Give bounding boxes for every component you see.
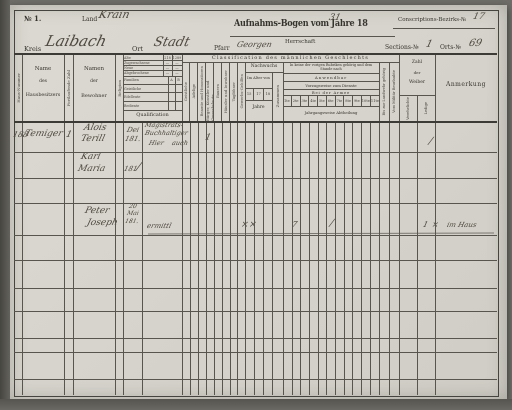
- age-cell: 17: [254, 88, 263, 100]
- rubrik-footer: Jahrgangsweise Abtheilung: [283, 110, 379, 115]
- rubrik-vorzug: Vorzugsweise zum Dienste: [283, 83, 379, 88]
- grid-hline: [14, 53, 497, 55]
- classification-title: Classification des männlichen Geschlecht…: [182, 55, 399, 61]
- year-class-cell: 11te: [371, 95, 379, 106]
- grid-vline: [206, 121, 207, 395]
- land-value-handwritten: Krain: [97, 8, 131, 21]
- handwriting-mark: ermittl: [146, 222, 172, 230]
- year-class-cell: 10te: [362, 95, 371, 106]
- nachwuchs-ages: 151718: [245, 88, 272, 100]
- grid-vline: [190, 121, 191, 395]
- grid-hline: [283, 81, 379, 82]
- grid-vline: [352, 121, 353, 395]
- grid-vline: [326, 121, 327, 395]
- grid-vline: [335, 121, 336, 395]
- pfarr-value-handwritten: Georgen: [236, 40, 273, 49]
- col-inhab-line1: Namen: [73, 66, 115, 72]
- col-religion: Religion: [115, 55, 123, 121]
- kreis-value-handwritten: Laibach: [44, 32, 109, 50]
- handwriting-mark: auch: [171, 139, 189, 147]
- classification-column-label: Geistliche: [182, 62, 190, 121]
- grid-vline: [318, 121, 319, 395]
- handwriting-mark: Peter: [84, 206, 111, 216]
- grid-vline: [168, 76, 169, 110]
- age-cell: 18: [264, 88, 272, 100]
- grid-hline: [14, 311, 497, 312]
- col-haus-nummer: Haus-Nummer: [15, 55, 22, 121]
- handwriting-mark: Joseph: [86, 218, 119, 228]
- sections-label: Sections-№: [385, 44, 419, 51]
- handwriting-mark: 20: [128, 203, 137, 210]
- grid-vline: [399, 53, 400, 395]
- title-underline: [230, 36, 395, 37]
- col-inhab-line3: Bewohner: [73, 93, 115, 99]
- classification-column-label: Taglöhner: [230, 62, 238, 121]
- grid-hline: [123, 110, 182, 111]
- grid-vline: [230, 121, 231, 395]
- grid-hline: [14, 338, 497, 339]
- grid-vline: [123, 53, 124, 395]
- pfarr-label: Pfarr: [214, 45, 230, 52]
- qual-box-row: Bediente: [123, 102, 182, 111]
- qualification-label: Qualification: [123, 112, 182, 118]
- year-class-cell: 9te: [353, 95, 362, 106]
- handwriting-mark: Mai: [126, 210, 139, 217]
- grid-vline: [417, 95, 418, 395]
- kreis-label: Kreis: [24, 45, 41, 53]
- grid-hline: [14, 379, 497, 380]
- form-title: Aufnahms-Bogen vom Jahre 18: [234, 18, 368, 29]
- grid-hline: [14, 121, 497, 123]
- year-class-cell: 5te: [318, 95, 327, 106]
- col-beurlaubt: Vom Militär Beurlaubte: [389, 62, 399, 121]
- grid-hline: [283, 73, 379, 74]
- conscription-district-label: Conscriptions-Bezirks-№: [398, 17, 466, 23]
- col-verehelichte: Verehelichte: [399, 95, 417, 121]
- orts-label: Orts-№: [440, 44, 461, 51]
- grid-hline: [245, 72, 283, 73]
- grid-hline: [14, 352, 497, 353]
- grid-hline: [123, 101, 182, 102]
- grid-vline: [182, 53, 183, 395]
- handwriting-mark: Hier: [148, 139, 165, 147]
- classification-column-label: Bürger, Künstler und Gewerbsleute: [206, 62, 214, 121]
- grid-hline: [14, 288, 497, 289]
- grid-vline: [254, 121, 255, 395]
- handwriting-mark: im Haus: [446, 221, 477, 229]
- classification-columns: GeistlicheAdeligeBeamte und Honoratioren…: [182, 62, 245, 121]
- grid-vline: [309, 121, 310, 395]
- herrschaft-label: Herrschaft: [285, 39, 315, 45]
- anmerkung-label: Anmerkung: [435, 81, 497, 88]
- grid-hline: [14, 235, 497, 236]
- handwriting-mark: Temiger: [24, 129, 64, 139]
- land-label: Land: [82, 16, 97, 23]
- scanned-census-form: № 1. Land Krain Aufnahms-Bogen vom Jahre…: [0, 0, 512, 410]
- handwriting-mark: Maria: [77, 164, 107, 174]
- grid-vline: [292, 121, 293, 395]
- grid-vline: [245, 62, 246, 395]
- year-class-cell: 3te: [301, 95, 310, 106]
- nachwuchs-age-label: Im Alter von: [245, 76, 272, 80]
- weiber-title-1: Zahl: [399, 60, 435, 65]
- classification-column-label: Beamte und Honoratioren: [198, 62, 206, 121]
- col-landwehr: Bis zur Landwehr gehörig: [379, 62, 389, 121]
- col-owner-line3: Hausbesitzers: [22, 93, 64, 98]
- grid-vline: [64, 53, 65, 395]
- weiber-title-3: Weiber: [399, 80, 435, 85]
- grid-hline: [283, 95, 379, 96]
- grid-vline: [142, 121, 143, 395]
- classification-column-label: Bauern: [214, 62, 222, 121]
- grid-vline: [379, 62, 380, 395]
- grid-vline: [370, 121, 371, 395]
- ort-label: Ort: [132, 45, 143, 53]
- grid-vline: [283, 62, 284, 395]
- grid-hline: [123, 60, 182, 61]
- grid-vline: [389, 62, 390, 395]
- col-ledige: Ledige: [417, 95, 435, 121]
- grid-vline: [198, 121, 199, 395]
- year-class-cell: 7te: [336, 95, 345, 106]
- grid-vline: [214, 121, 215, 395]
- handwriting-mark: Karl: [80, 152, 102, 162]
- col-owner-line2: des: [22, 79, 64, 84]
- rubrik-anwendbar: Anwendbar: [283, 75, 379, 80]
- grid-hline: [14, 260, 497, 261]
- ort-value-handwritten: Stadt: [152, 35, 191, 50]
- grid-vline: [115, 53, 116, 395]
- year-class-cells: 1te2te3te4te5te6te7te8te9te10te11te: [283, 95, 379, 106]
- grid-vline: [361, 121, 362, 395]
- grid-hline: [14, 152, 497, 153]
- grid-hline: [283, 106, 379, 107]
- grid-hline: [123, 76, 182, 77]
- grid-vline: [175, 76, 176, 110]
- grid-hline: [245, 88, 272, 89]
- col-zusammen: Zusammen: [272, 72, 283, 121]
- classification-column-label: Adelige: [190, 62, 198, 121]
- grid-hline: [245, 100, 272, 101]
- handwriting-mark: Dei: [126, 126, 140, 134]
- age-cell: 15: [245, 88, 254, 100]
- grid-hline: [182, 62, 399, 63]
- rubrik-line1: In keine der vorigen Rubriken gehörig un…: [285, 63, 377, 72]
- grid-vline: [222, 121, 223, 395]
- conscription-underline: [393, 28, 495, 29]
- grid-hline: [123, 84, 182, 85]
- grid-vline: [237, 121, 238, 395]
- grid-vline: [435, 53, 436, 395]
- weiber-title-2: der: [399, 70, 435, 75]
- grid-vline: [344, 121, 345, 395]
- handwriting-mark: 181.: [124, 135, 142, 143]
- grid-hline: [14, 203, 497, 204]
- year-class-cell: 1te: [283, 95, 292, 106]
- grid-vline: [263, 121, 264, 395]
- handwriting-mark: Terill: [80, 134, 106, 144]
- nachwuchs-unit: Jahre: [245, 105, 272, 110]
- nachwuchs-title: Nachwuchs: [245, 64, 283, 69]
- grid-vline: [22, 53, 23, 395]
- grid-hline: [123, 92, 182, 93]
- grid-vline: [300, 121, 301, 395]
- handwriting-mark: Alois: [83, 123, 108, 133]
- grid-hline: [283, 89, 379, 90]
- col-inhab-line2: der: [73, 79, 115, 84]
- qual-box-lower: FamilienAB Geistliche Edelleute Bediente: [123, 76, 182, 110]
- grid-hline: [123, 65, 182, 66]
- col-family-no: Fortlaufende Zahl: [64, 55, 73, 121]
- classification-column-label: Häusler und Inwohner: [222, 62, 230, 121]
- year-class-cell: 4te: [309, 95, 318, 106]
- year-class-cell: 2te: [292, 95, 301, 106]
- classification-column-label: Gewerbs-Gehilfen: [238, 62, 245, 121]
- grid-hline: [14, 178, 497, 179]
- handwriting-mark: 181.: [124, 218, 139, 225]
- year-class-cell: 8te: [344, 95, 353, 106]
- grid-hline: [123, 70, 182, 71]
- col-owner-line1: Name: [22, 66, 64, 72]
- sheet-number: № 1.: [24, 14, 41, 23]
- year-class-cell: 6te: [327, 95, 336, 106]
- grid-hline: [399, 95, 435, 96]
- orts-no-handwritten: 69: [468, 38, 483, 49]
- form-content: № 1. Land Krain Aufnahms-Bogen vom Jahre…: [0, 0, 512, 410]
- grid-vline: [73, 53, 74, 395]
